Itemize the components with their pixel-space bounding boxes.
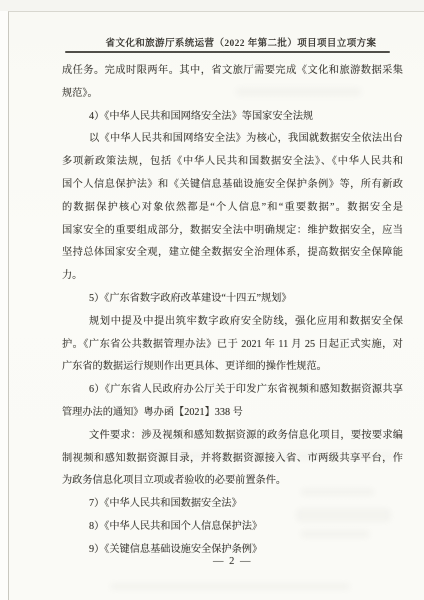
text-line: 规划中提及中提出筑牢数字政府安全防线，强化应用和数据安全保 [62, 311, 403, 334]
scan-bleed-artifact [110, 583, 350, 590]
text-line: 制视频和感知数据资源目录，并将数据资源接入省、市两级共享平台，作 [62, 448, 403, 471]
document-body: 成任务。完成时限两年。其中，省文旅厅需要完成《文化和旅游数据采集规范》。4）《中… [62, 60, 403, 562]
text-line: 力。 [62, 265, 403, 288]
text-line: 7）《中华人民共和国数据安全法》 [62, 493, 403, 516]
header-underline [65, 51, 390, 53]
text-line: 的数据保护核心对象依然都是“个人信息”和“重要数据”。数据安全是 [62, 197, 403, 220]
text-line: 为政务信息化项目立项或者验收的必要前置条件。 [62, 470, 403, 493]
text-line: 广东省的数据运行规则作出更具体、更详细的操作性规范。 [62, 356, 403, 379]
text-line: 8）《中华人民共和国个人信息保护法》 [62, 516, 403, 539]
text-line: 管理办法的通知》粤办函【2021】338 号 [62, 402, 403, 425]
text-line: 成任务。完成时限两年。其中，省文旅厅需要完成《文化和旅游数据采集 [62, 60, 403, 83]
text-line: 多项新政策法规，包括《中华人民共和国数据安全法》、《中华人民共和 [62, 151, 403, 174]
text-line: 国家安全的重要组成部分，数据安全法中明确规定：维护数据安全，应当 [62, 220, 403, 243]
text-line: 规范》。 [62, 83, 403, 106]
page-header-title: 省文化和旅游厅系统运营（2022 年第二批）项目项目立项方案 [65, 35, 403, 49]
scan-top-edge [0, 0, 424, 11]
text-line: 4）《中华人民共和国网络安全法》等国家安全法规 [62, 106, 403, 129]
page-number: — 2 — [62, 556, 403, 567]
text-line: 国个人信息保护法》和《关键信息基础设施安全保护条例》等，所有新政 [62, 174, 403, 197]
text-line: 6）《广东省人民政府办公厅关于印发广东省视频和感知数据资源共享 [62, 379, 403, 402]
text-line: 文件要求：涉及视频和感知数据资源的政务信息化项目，要按要求编 [62, 425, 403, 448]
text-line: 坚持总体国家安全观，建立健全数据安全治理体系，提高数据安全保障能 [62, 242, 403, 265]
text-line: 5）《广东省数字政府改革建设“十四五”规划》 [62, 288, 403, 311]
text-line: 以《中华人民共和国网络安全法》为核心，我国就数据安全依法出台 [62, 128, 403, 151]
text-line: 护。《广东省公共数据管理办法》已于 2021 年 11 月 25 日起正式实施，… [62, 334, 403, 357]
